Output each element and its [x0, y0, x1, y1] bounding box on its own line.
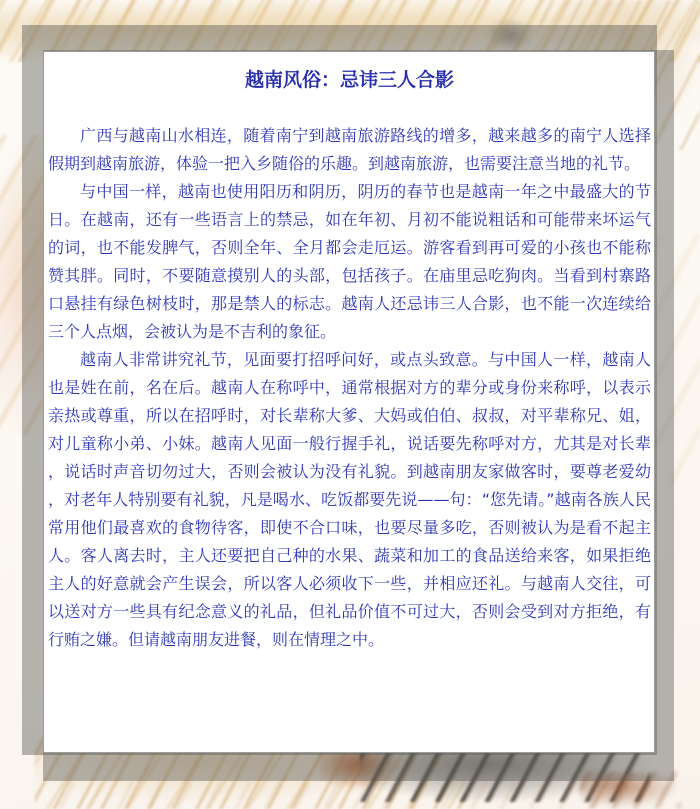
- page: { "article": { "title": "越南风俗：忌讳三人合影", "…: [0, 0, 700, 809]
- article-card: 越南风俗：忌讳三人合影 广西与越南山水相连，随着南宁到越南旅游路线的增多，越来越…: [43, 51, 655, 753]
- article-title: 越南风俗：忌讳三人合影: [48, 66, 651, 94]
- article-paragraph-3: 越南人非常讲究礼节，见面要打招呼问好，或点头致意。与中国人一样，越南人也是姓在前…: [48, 346, 651, 654]
- texture-brushstroke-bottom-fade: [60, 782, 600, 809]
- article-paragraph-1: 广西与越南山水相连，随着南宁到越南旅游路线的增多，越来越多的南宁人选择假期到越南…: [48, 122, 651, 178]
- article-paragraph-2: 与中国一样，越南也使用阳历和阴历，阴历的春节也是越南一年之中最盛大的节日。在越南…: [48, 178, 651, 346]
